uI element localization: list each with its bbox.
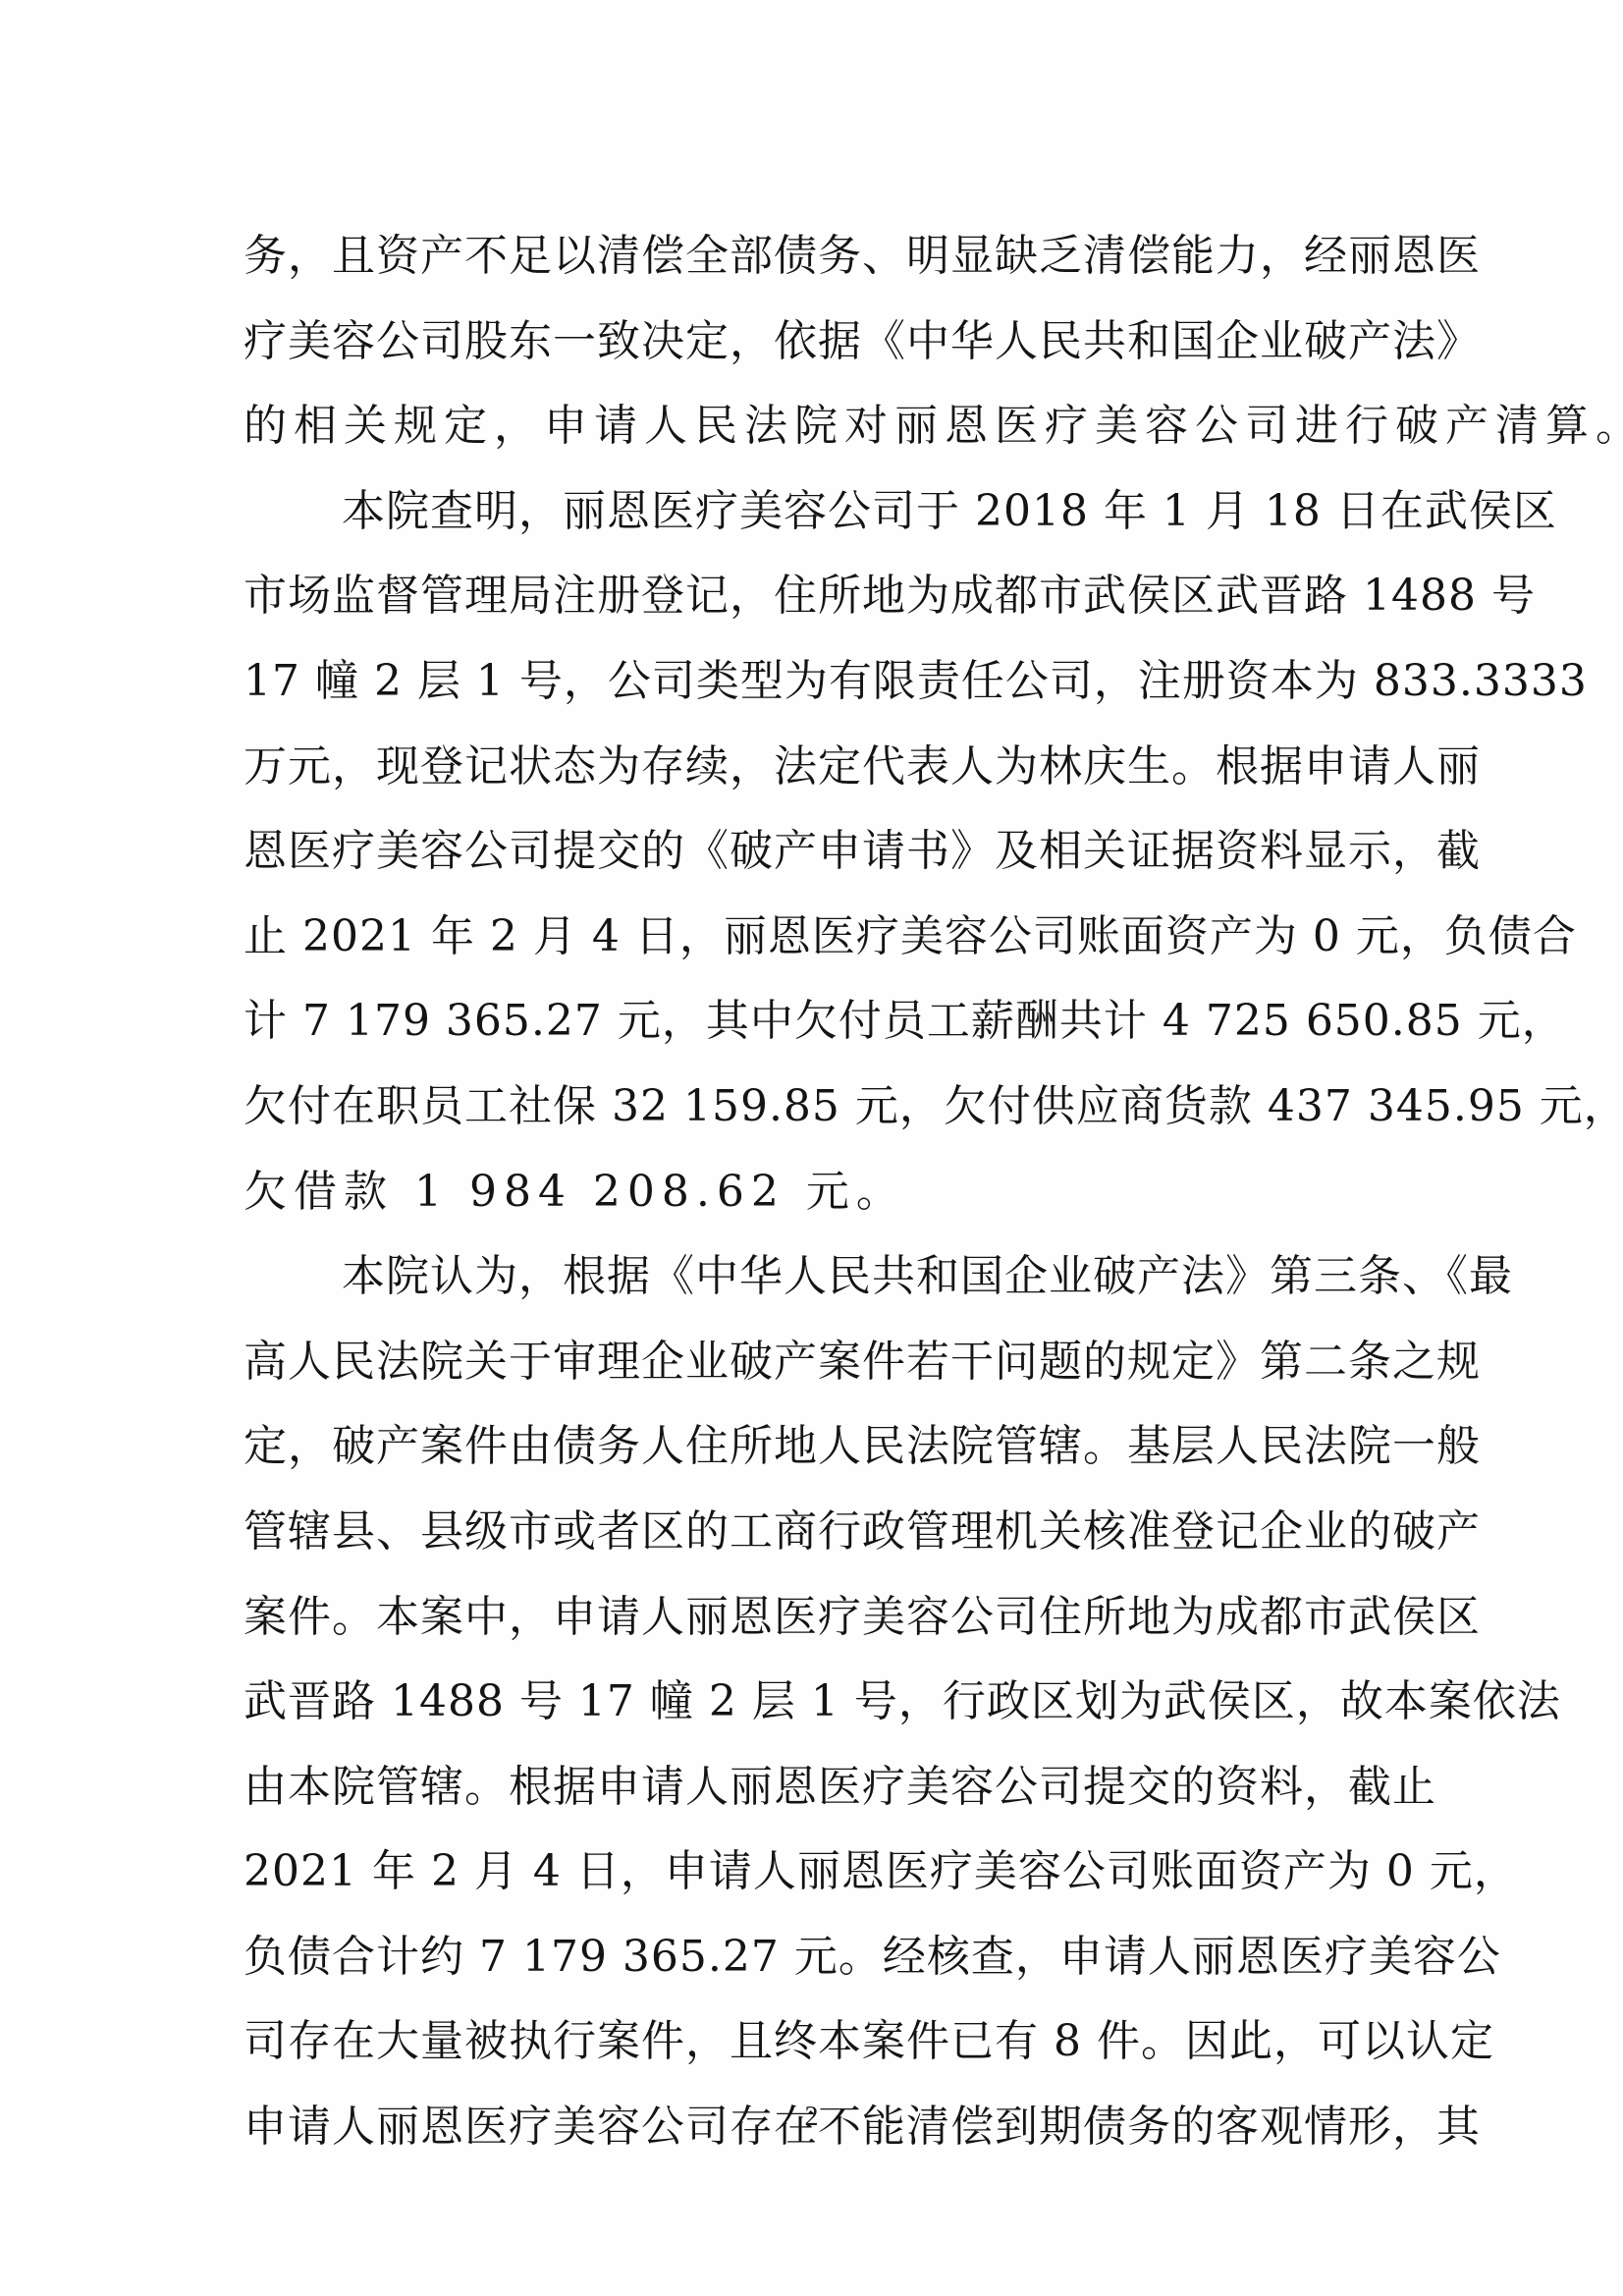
text-line: 负债合计约 7 179 365.27 元。经核查，申请人丽恩医疗美容公 <box>243 1915 1402 2000</box>
document-page: 务，且资产不足以清偿全部债务、明显缺乏清偿能力，经丽恩医 疗美容公司股东一致决定… <box>0 0 1623 2296</box>
paragraph-continued: 务，且资产不足以清偿全部债务、明显缺乏清偿能力，经丽恩医 疗美容公司股东一致决定… <box>243 214 1402 469</box>
text-line: 武晋路 1488 号 17 幢 2 层 1 号，行政区划为武侯区，故本案依法 <box>243 1660 1402 1745</box>
text-line: 恩医疗美容公司提交的《破产申请书》及相关证据资料显示，截 <box>243 809 1402 895</box>
text-line: 的相关规定，申请人民法院对丽恩医疗美容公司进行破产清算。 <box>243 384 1402 469</box>
body-text: 务，且资产不足以清偿全部债务、明显缺乏清偿能力，经丽恩医 疗美容公司股东一致决定… <box>243 214 1402 2170</box>
text-line: 计 7 179 365.27 元，其中欠付员工薪酬共计 4 725 650.85… <box>243 979 1402 1065</box>
paragraph-findings: 本院查明，丽恩医疗美容公司于 2018 年 1 月 18 日在武侯区 市场监督管… <box>243 469 1402 1234</box>
text-line: 欠借款 1 984 208.62 元。 <box>243 1150 1402 1235</box>
text-line: 务，且资产不足以清偿全部债务、明显缺乏清偿能力，经丽恩医 <box>243 214 1402 300</box>
text-line: 2021 年 2 月 4 日，申请人丽恩医疗美容公司账面资产为 0 元， <box>243 1830 1402 1915</box>
text-line: 定，破产案件由债务人住所地人民法院管辖。基层人民法院一般 <box>243 1404 1402 1490</box>
paragraph-opinion: 本院认为，根据《中华人民共和国企业破产法》第三条、《最 高人民法院关于审理企业破… <box>243 1234 1402 2170</box>
text-line: 止 2021 年 2 月 4 日，丽恩医疗美容公司账面资产为 0 元，负债合 <box>243 895 1402 980</box>
text-line: 案件。本案中，申请人丽恩医疗美容公司住所地为成都市武侯区 <box>243 1575 1402 1661</box>
page-number: 2 <box>0 2102 1623 2133</box>
text-line: 疗美容公司股东一致决定，依据《中华人民共和国企业破产法》 <box>243 300 1402 385</box>
text-line: 17 幢 2 层 1 号，公司类型为有限责任公司，注册资本为 833.3333 <box>243 639 1402 725</box>
text-line: 司存在大量被执行案件，且终本案件已有 8 件。因此，可以认定 <box>243 1999 1402 2085</box>
text-line: 本院认为，根据《中华人民共和国企业破产法》第三条、《最 <box>243 1234 1402 1320</box>
text-line: 万元，现登记状态为存续，法定代表人为林庆生。根据申请人丽 <box>243 725 1402 810</box>
text-line: 高人民法院关于审理企业破产案件若干问题的规定》第二条之规 <box>243 1320 1402 1405</box>
text-line: 由本院管辖。根据申请人丽恩医疗美容公司提交的资料，截止 <box>243 1745 1402 1831</box>
text-line: 欠付在职员工社保 32 159.85 元，欠付供应商货款 437 345.95 … <box>243 1065 1402 1150</box>
text-line: 市场监督管理局注册登记，住所地为成都市武侯区武晋路 1488 号 <box>243 554 1402 639</box>
text-line: 管辖县、县级市或者区的工商行政管理机关核准登记企业的破产 <box>243 1490 1402 1575</box>
text-line: 本院查明，丽恩医疗美容公司于 2018 年 1 月 18 日在武侯区 <box>243 469 1402 555</box>
